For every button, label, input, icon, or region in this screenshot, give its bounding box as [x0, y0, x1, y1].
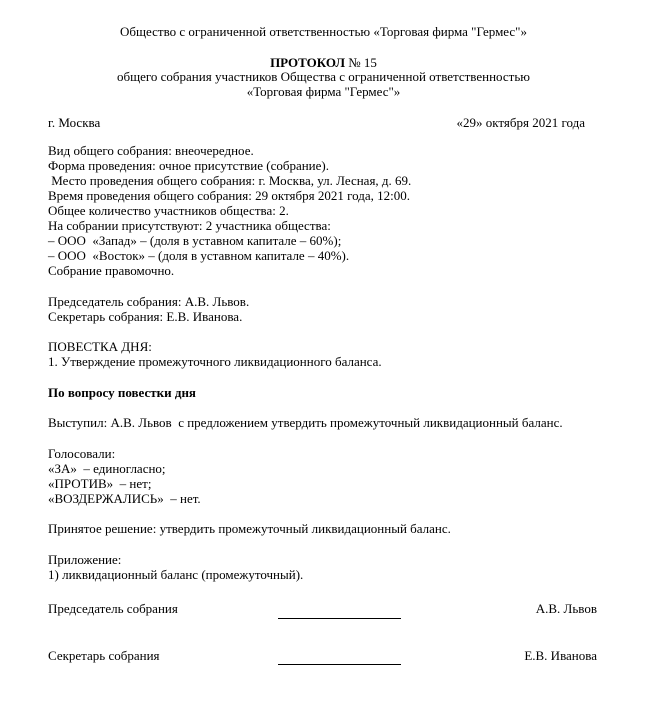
agenda-heading: ПОВЕСТКА ДНЯ: — [48, 339, 152, 354]
meeting-date: «29» октября 2021 года — [457, 115, 586, 130]
company-name: Общество с ограниченной ответственностью… — [0, 24, 647, 39]
chairman-line: Председатель собрания: А.В. Львов. — [48, 294, 249, 309]
detail-type: Вид общего собрания: внеочередное. — [48, 143, 411, 158]
signature-name-secretary: Е.В. Иванова — [524, 648, 597, 663]
speaker-line: Выступил: А.В. Львов с предложением утве… — [48, 415, 563, 430]
detail-time: Время проведения общего собрания: 29 окт… — [48, 188, 411, 203]
signature-name-chairman: А.В. Львов — [536, 601, 597, 616]
signature-role-chairman: Председатель собрания — [48, 601, 178, 616]
protocol-title-line: ПРОТОКОЛ № 15 — [0, 55, 647, 70]
detail-quorum: Собрание правомочно. — [48, 263, 411, 278]
vote-for: «ЗА» – единогласно; — [48, 461, 166, 476]
appendix-item-1: 1) ликвидационный баланс (промежуточный)… — [48, 567, 303, 582]
agenda-item-1: 1. Утверждение промежуточного ликвидацио… — [48, 354, 382, 369]
signature-line-secretary — [278, 664, 401, 665]
signature-line-chairman — [278, 618, 401, 619]
detail-member-1: – ООО «Запад» – (доля в уставном капитал… — [48, 233, 411, 248]
vote-abstained: «ВОЗДЕРЖАЛИСЬ» – нет. — [48, 491, 201, 506]
discussion-heading: По вопросу повестки дня — [48, 385, 196, 400]
detail-form: Форма проведения: очное присутствие (соб… — [48, 158, 411, 173]
detail-total-members: Общее количество участников общества: 2. — [48, 203, 411, 218]
voting-heading: Голосовали: — [48, 446, 115, 461]
secretary-line: Секретарь собрания: Е.В. Иванова. — [48, 309, 242, 324]
signature-role-secretary: Секретарь собрания — [48, 648, 160, 663]
protocol-number: № 15 — [348, 55, 377, 70]
detail-place: Место проведения общего собрания: г. Мос… — [48, 173, 411, 188]
protocol-title: ПРОТОКОЛ — [270, 55, 345, 70]
detail-member-2: – ООО «Восток» – (доля в уставном капита… — [48, 248, 411, 263]
protocol-subtitle-2: «Торговая фирма "Гермес"» — [0, 84, 647, 99]
meeting-city: г. Москва — [48, 115, 100, 130]
decision-line: Принятое решение: утвердить промежуточны… — [48, 521, 451, 536]
appendix-heading: Приложение: — [48, 552, 121, 567]
vote-against: «ПРОТИВ» – нет; — [48, 476, 151, 491]
meeting-details: Вид общего собрания: внеочередное. Форма… — [48, 143, 411, 278]
protocol-subtitle-1: общего собрания участников Общества с ог… — [0, 69, 647, 84]
detail-present: На собрании присутствуют: 2 участника об… — [48, 218, 411, 233]
